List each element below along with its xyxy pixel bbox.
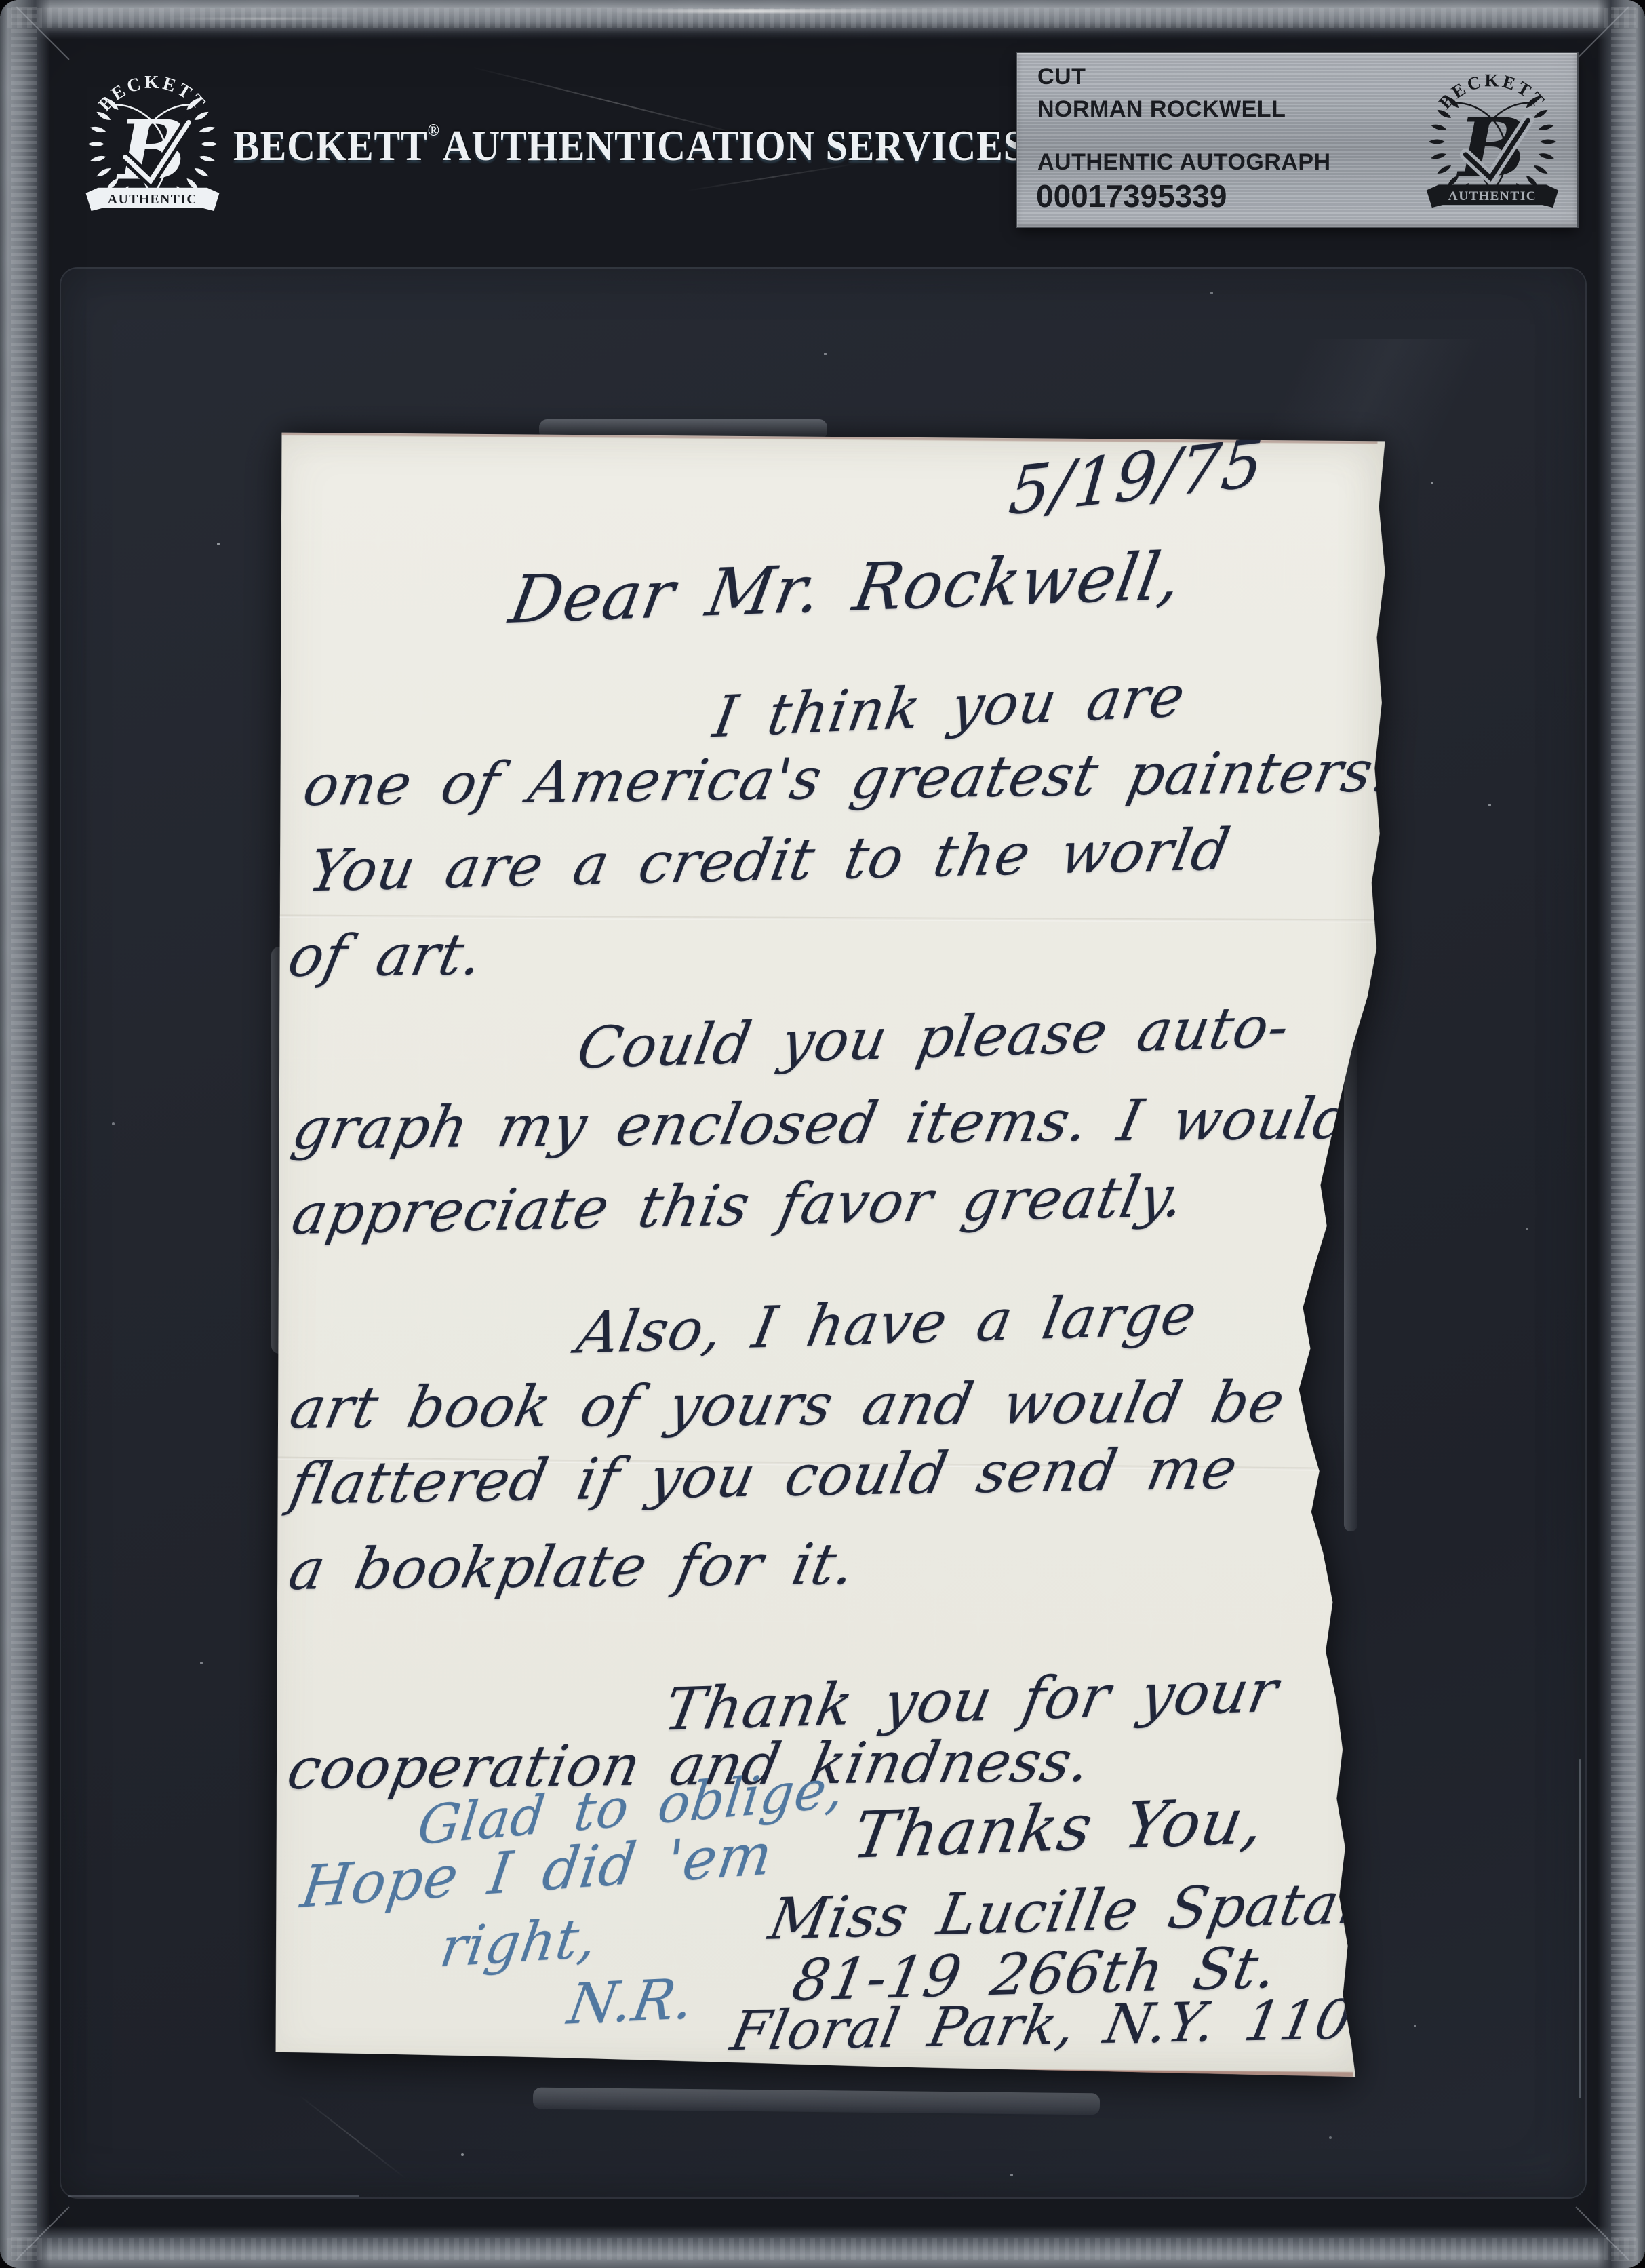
cert-item-type: CUT [1037,64,1086,90]
letter-line: art book of yours and would be [285,1373,1290,1436]
cert-number: 00017395339 [1036,178,1227,214]
brand-name: BECKETT [233,122,428,170]
dust-specks [217,543,220,545]
letter-line: Thank you for your [660,1662,1282,1740]
letter-paper: 5/19/75 Dear Mr. Rockwell, I think you a… [269,433,1389,2077]
letter-line: a bookplate for it. [285,1536,860,1598]
letter-date: 5/19/75 [1006,429,1267,525]
closing-address-line: Floral Park, N.Y. 11004 [727,1991,1427,2058]
cert-designation: AUTHENTIC AUTOGRAPH [1037,149,1331,176]
logo-banner-text: AUTHENTIC [108,193,197,207]
letter-line: You are a credit to the world [304,821,1235,899]
compartment-wall-highlight [1579,1759,1581,2098]
logo-banner-text: AUTHENTIC [1448,189,1537,203]
frosted-edge [1611,7,1636,2261]
beckett-logo-graphic: BECKETT B AUTHENTIC [81,61,224,219]
frosted-edge [11,7,37,2261]
closing-line: Thanks You, [848,1790,1269,1869]
reply-note-signature: N.R. [564,1972,698,2033]
cert-label: CUT NORMAN ROCKWELL AUTHENTIC AUTOGRAPH … [1017,53,1577,227]
letter-line: Also, I have a large [573,1285,1202,1361]
letter-paper-wrap: 5/19/75 Dear Mr. Rockwell, I think you a… [269,433,1389,2077]
letter-salutation: Dear Mr. Rockwell, [505,543,1187,633]
letter-line: of art. [284,926,488,985]
letter-line: graph my enclosed items. I would [288,1090,1357,1157]
reply-note-line: right, [437,1911,601,1975]
letter-line: appreciate this favor greatly. [288,1167,1189,1243]
registered-mark: ® [428,121,440,140]
letter-line: one of America's greatest painters. [299,743,1397,814]
compartment-wall-highlight [68,2195,359,2197]
specular-highlight [610,9,1031,13]
letter-line: flattered if you could send me [285,1440,1242,1512]
letter-line: Could you please auto- [573,998,1294,1077]
beckett-logo: BECKETT B AUTHENTIC [81,61,224,219]
specular-highlight [163,18,366,20]
beckett-logo-graphic: BECKETT B AUTHENTIC [1423,60,1562,216]
cert-subject: NORMAN ROCKWELL [1037,96,1286,123]
slab-case: BECKETT B AUTHENTIC BECKETT®AUTHENTICATI… [0,0,1645,2268]
letter-line: I think you are [709,667,1189,746]
beckett-logo-dark: BECKETT B AUTHENTIC [1423,60,1562,216]
reply-note-line: Hope I did 'em [298,1825,776,1916]
brand-services: AUTHENTICATION SERVICES [443,122,1026,170]
closing-signature: Miss Lucille Spataro [765,1873,1407,1948]
brand-wordmark: BECKETT®AUTHENTICATION SERVICES [233,122,1026,168]
frosted-edge [7,2238,1638,2260]
